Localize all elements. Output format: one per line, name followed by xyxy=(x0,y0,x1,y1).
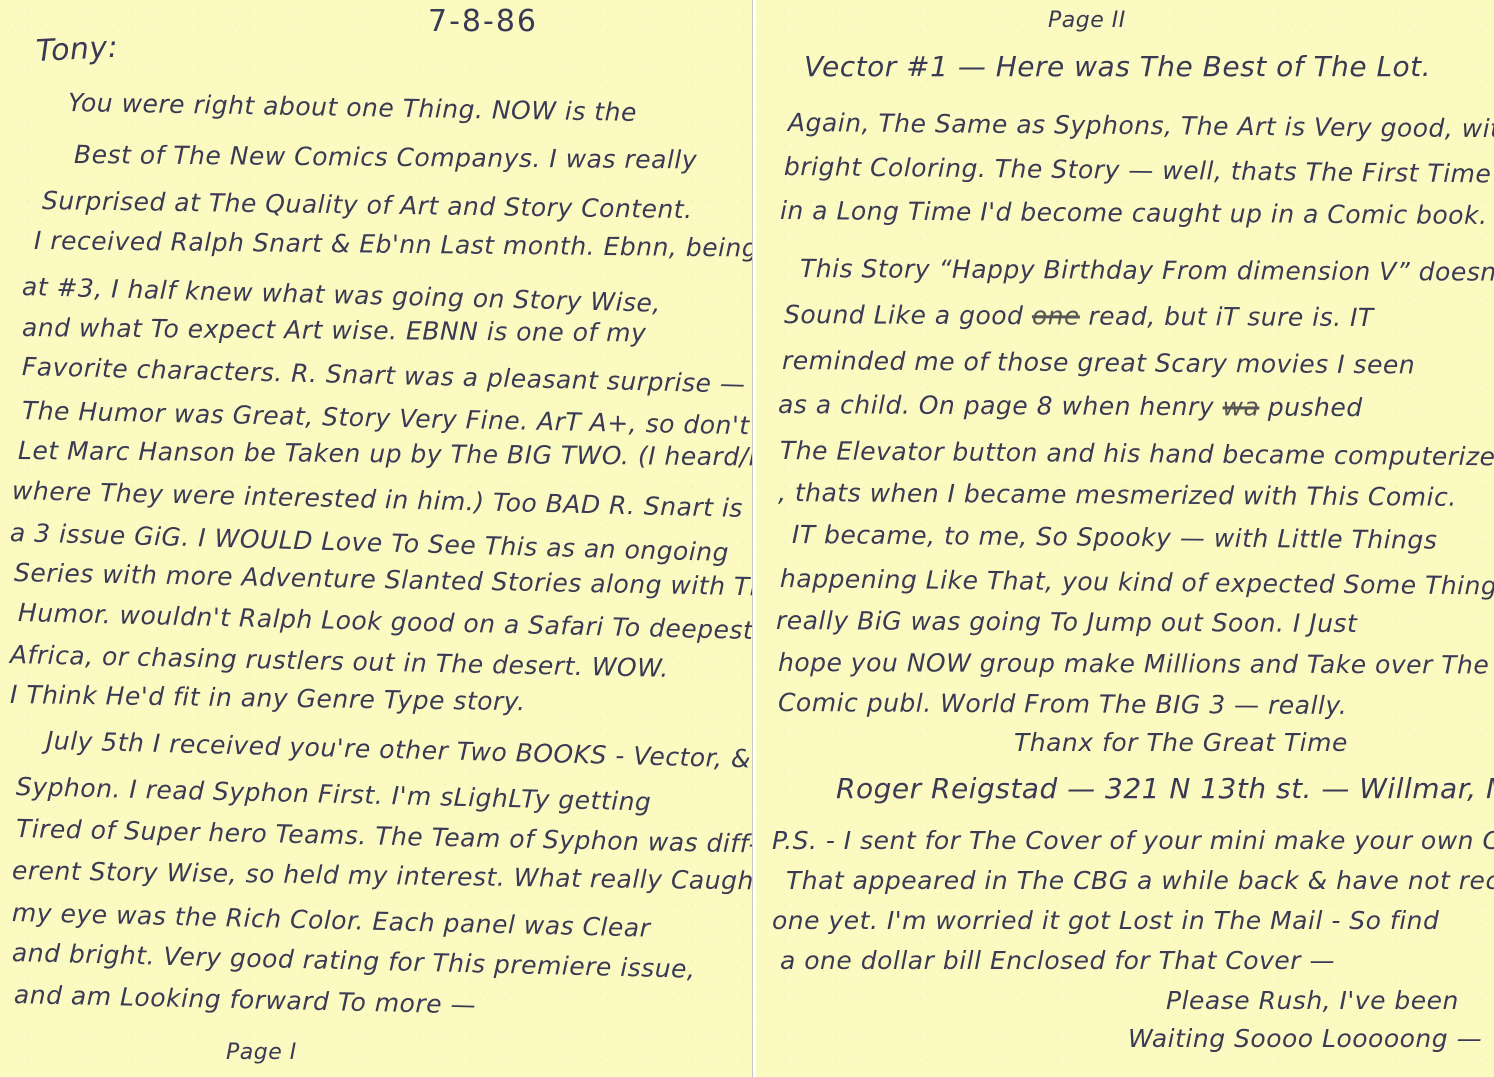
postscript-line: a one dollar bill Enclosed for That Cove… xyxy=(780,946,1335,975)
letter-salutation: Tony: xyxy=(35,30,119,69)
letter-line-part: pushed xyxy=(1268,393,1363,422)
letter-line: and am Looking forward To more — xyxy=(14,980,477,1019)
letter-line: IT became, to me, So Spooky — with Littl… xyxy=(792,520,1438,555)
letter-line: Favorite characters. R. Snart was a plea… xyxy=(22,352,746,399)
letter-line: bright Coloring. The Story — well, thats… xyxy=(784,152,1492,188)
struck-word: one xyxy=(1032,301,1080,330)
letter-line-part: read, but iT sure is. IT xyxy=(1088,302,1374,332)
postscript-line: one yet. I'm worried it got Lost in The … xyxy=(772,906,1439,935)
letter-line: Comic publ. World From The BIG 3 — reall… xyxy=(778,688,1347,720)
letter-line: Humor. wouldn't Ralph Look good on a Saf… xyxy=(18,598,754,645)
struck-word: wa xyxy=(1222,392,1259,421)
letter-line: The Humor was Great, Story Very Fine. Ar… xyxy=(22,396,750,440)
letter-line: happening Like That, you kind of expecte… xyxy=(780,564,1494,601)
letter-line: erent Story Wise, so held my interest. W… xyxy=(12,856,765,895)
postscript-closing: Please Rush, I've been xyxy=(1166,986,1459,1015)
letter-line: reminded me of those great Scary movies … xyxy=(782,346,1415,379)
letter-line: Again, The Same as Syphons, The Art is V… xyxy=(788,108,1494,143)
letter-heading: Vector #1 — Here was The Best of The Lot… xyxy=(804,50,1431,83)
letter-date: 7-8-86 xyxy=(428,4,538,39)
letter-line: really BiG was going To Jump out Soon. I… xyxy=(776,606,1357,638)
letter-line: , thats when I became mesmerized with Th… xyxy=(778,478,1457,512)
letter-line: I Think He'd fit in any Genre Type story… xyxy=(10,680,526,716)
letter-line: I received Ralph Snart & Eb'nn Last mont… xyxy=(34,226,758,263)
letter-line: where They were interested in him.) Too … xyxy=(12,476,807,524)
page-number-label: Page I xyxy=(226,1040,297,1065)
letter-line-part: Sound Like a good xyxy=(784,300,1024,330)
sender-signature-address: Roger Reigstad — 321 N 13th st. — Willma… xyxy=(836,772,1494,805)
postscript-closing: Waiting Soooo Looooong — xyxy=(1128,1024,1482,1053)
letter-line: in a Long Time I'd become caught up in a… xyxy=(780,196,1488,230)
letter-line: Africa, or chasing rustlers out in The d… xyxy=(10,640,669,683)
letter-line: Sound Like a good one read, but iT sure … xyxy=(784,300,1374,332)
letter-line: You were right about one Thing. NOW is t… xyxy=(68,88,637,127)
letter-line: Let Marc Hanson be Taken up by The BIG T… xyxy=(18,436,808,472)
letter-page-1: 7-8-86 Tony: You were right about one Th… xyxy=(0,0,752,1077)
letter-line-part: as a child. On page 8 when henry xyxy=(778,390,1214,421)
letter-line: July 5th I received you're other Two BOO… xyxy=(46,726,752,773)
letter-page-2: Page II Vector #1 — Here was The Best of… xyxy=(756,0,1494,1077)
letter-line: and what To expect Art wise. EBNN is one… xyxy=(22,313,647,347)
letter-line: Best of The New Comics Companys. I was r… xyxy=(74,140,697,174)
letter-line: Syphon. I read Syphon First. I'm sLighLT… xyxy=(16,772,652,817)
letter-closing: Thanx for The Great Time xyxy=(1014,728,1348,757)
postscript-line: P.S. - I sent for The Cover of your mini… xyxy=(772,826,1494,855)
letter-line: This Story “Happy Birthday From dimensio… xyxy=(800,254,1494,287)
letter-line: as a child. On page 8 when henry wa push… xyxy=(778,390,1363,422)
letter-line: The Elevator button and his hand became … xyxy=(780,436,1494,471)
page-number-label: Page II xyxy=(1048,8,1126,33)
letter-line: at #3, I half knew what was going on Sto… xyxy=(22,272,662,318)
letter-line: and bright. Very good rating for This pr… xyxy=(12,938,696,984)
letter-line: hope you NOW group make Millions and Tak… xyxy=(778,648,1489,679)
letter-line: my eye was the Rich Color. Each panel wa… xyxy=(12,898,651,943)
letter-line: Tired of Super hero Teams. The Team of S… xyxy=(16,814,759,859)
letter-line: Surprised at The Quality of Art and Stor… xyxy=(42,186,693,224)
postscript-line: That appeared in The CBG a while back & … xyxy=(786,866,1494,895)
